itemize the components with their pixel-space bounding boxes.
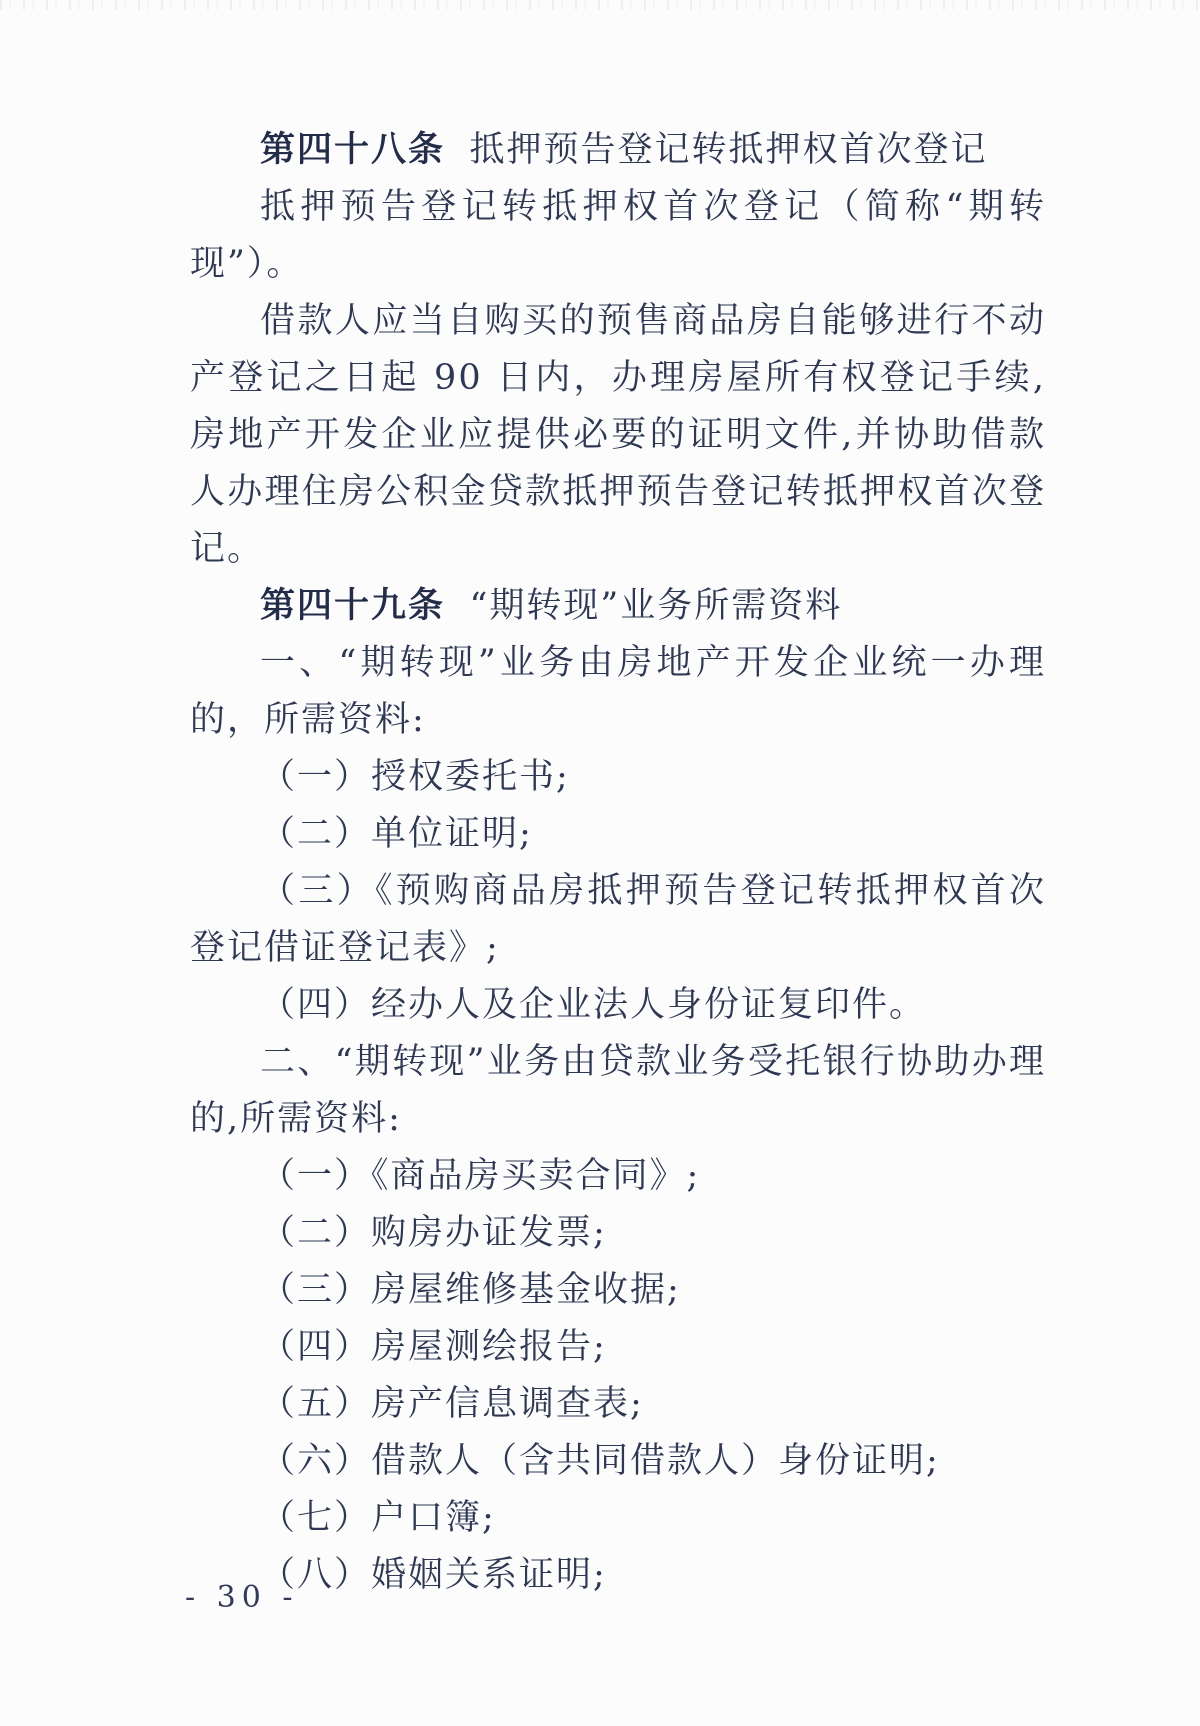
scanned-document-page: 第四十八条抵押预告登记转抵押权首次登记 抵押预告登记转抵押权首次登记（简称“期转… xyxy=(0,0,1200,1726)
paragraph-text: 一、“期转现”业务由房地产开发企业统一办理的，所需资料: xyxy=(190,643,1046,740)
paragraph: 抵押预告登记转抵押权首次登记（简称“期转现”）。 xyxy=(190,179,1046,293)
article-number: 第四十八条 xyxy=(260,130,445,170)
paragraph: （七）户口簿; xyxy=(190,1490,1046,1547)
paragraph: （一）《商品房买卖合同》; xyxy=(190,1148,1046,1205)
article-heading: 第四十九条“期转现”业务所需资料 xyxy=(190,578,1046,635)
paragraph-text: （四）房屋测绘报告; xyxy=(260,1327,607,1367)
paragraph-text: （三）《预购商品房抵押预告登记转抵押权首次登记借证登记表》; xyxy=(190,871,1046,968)
paragraph: （六）借款人（含共同借款人）身份证明; xyxy=(190,1433,1046,1490)
article-title: “期转现”业务所需资料 xyxy=(470,586,843,626)
paragraph: （三）房屋维修基金收据; xyxy=(190,1262,1046,1319)
paragraph: （二）购房办证发票; xyxy=(190,1205,1046,1262)
paragraph: （八）婚姻关系证明; xyxy=(190,1547,1046,1604)
paragraph: 二、“期转现”业务由贷款业务受托银行协助办理的,所需资料: xyxy=(190,1034,1046,1148)
document-body: 第四十八条抵押预告登记转抵押权首次登记 抵押预告登记转抵押权首次登记（简称“期转… xyxy=(190,122,1046,1604)
paragraph-text: （一）《商品房买卖合同》; xyxy=(260,1156,700,1196)
paragraph: （四）房屋测绘报告; xyxy=(190,1319,1046,1376)
paragraph: （一）授权委托书; xyxy=(190,749,1046,806)
article-title: 抵押预告登记转抵押权首次登记 xyxy=(470,130,988,170)
paragraph: （五）房产信息调查表; xyxy=(190,1376,1046,1433)
article-number: 第四十九条 xyxy=(260,586,445,626)
paragraph-text: （五）房产信息调查表; xyxy=(260,1384,644,1424)
article-heading: 第四十八条抵押预告登记转抵押权首次登记 xyxy=(190,122,1046,179)
scan-noise-band xyxy=(0,0,1200,10)
paragraph-text: （三）房屋维修基金收据; xyxy=(260,1270,681,1310)
paragraph-text: （四）经办人及企业法人身份证复印件。 xyxy=(260,985,926,1025)
paragraph: 一、“期转现”业务由房地产开发企业统一办理的，所需资料: xyxy=(190,635,1046,749)
paragraph-text: （八）婚姻关系证明; xyxy=(260,1555,607,1595)
paragraph-text: （二）单位证明; xyxy=(260,814,533,854)
paragraph-text: 二、“期转现”业务由贷款业务受托银行协助办理的,所需资料: xyxy=(190,1042,1046,1139)
paragraph-text: （六）借款人（含共同借款人）身份证明; xyxy=(260,1441,940,1481)
paragraph: （四）经办人及企业法人身份证复印件。 xyxy=(190,977,1046,1034)
paragraph: （二）单位证明; xyxy=(190,806,1046,863)
paragraph-text: （七）户口簿; xyxy=(260,1498,496,1538)
paragraph: （三）《预购商品房抵押预告登记转抵押权首次登记借证登记表》; xyxy=(190,863,1046,977)
paragraph-text: 抵押预告登记转抵押权首次登记（简称“期转现”）。 xyxy=(190,187,1046,284)
page-number: - 30 - xyxy=(185,1580,299,1615)
paragraph: 借款人应当自购买的预售商品房自能够进行不动产登记之日起 90 日内，办理房屋所有… xyxy=(190,293,1046,578)
paragraph-text: 借款人应当自购买的预售商品房自能够进行不动产登记之日起 90 日内，办理房屋所有… xyxy=(190,301,1046,569)
paragraph-text: （一）授权委托书; xyxy=(260,757,570,797)
paragraph-text: （二）购房办证发票; xyxy=(260,1213,607,1253)
